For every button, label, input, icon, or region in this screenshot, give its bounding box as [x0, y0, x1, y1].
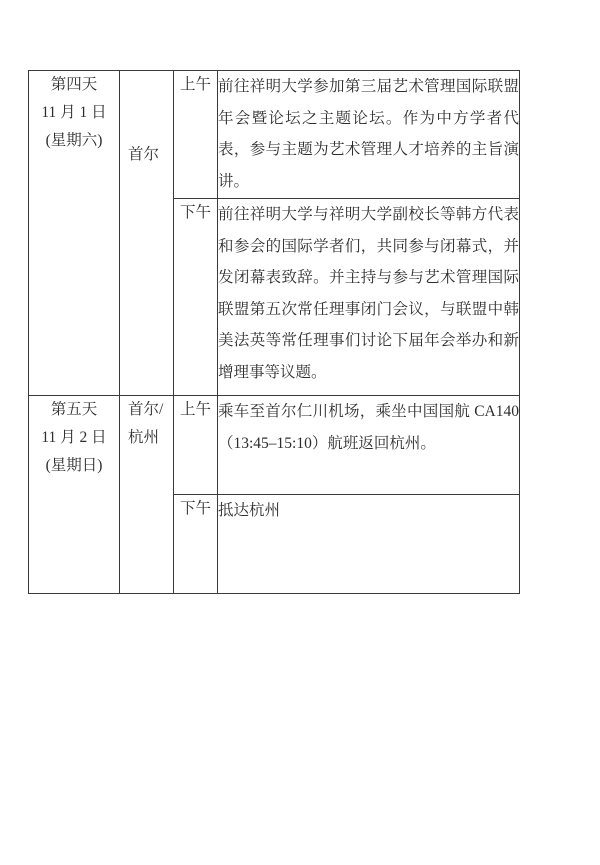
- time-cell: 下午: [174, 199, 218, 396]
- document-page: 第四天 11 月 1 日 (星期六) 首尔 上午 前往祥明大学参加第三届艺术管理…: [0, 0, 600, 865]
- day-cell: 第四天 11 月 1 日 (星期六): [29, 71, 120, 396]
- activity-text: 前往祥明大学参加第三届艺术管理国际联盟年会暨论坛之主题论坛。作为中方学者代表，参…: [218, 71, 519, 197]
- date-label: 11 月 1 日: [29, 99, 119, 127]
- day-number-label: 第四天: [29, 71, 119, 99]
- location-label: 首尔/: [120, 396, 173, 424]
- location-cell: 首尔: [120, 71, 174, 396]
- activity-cell: 乘车至首尔仁川机场，乘坐中国国航 CA140（13:45–15:10）航班返回杭…: [218, 396, 520, 495]
- activity-text: 抵达杭州: [218, 495, 519, 527]
- itinerary-table: 第四天 11 月 1 日 (星期六) 首尔 上午 前往祥明大学参加第三届艺术管理…: [28, 70, 520, 594]
- date-label: 11 月 2 日: [29, 424, 119, 452]
- activity-text: 乘车至首尔仁川机场，乘坐中国国航 CA140（13:45–15:10）航班返回杭…: [218, 396, 519, 459]
- location-cell: 首尔/ 杭州: [120, 396, 174, 594]
- table-row: 第五天 11 月 2 日 (星期日) 首尔/ 杭州 上午 乘车至首尔仁川机场，乘…: [29, 396, 520, 495]
- time-cell: 上午: [174, 71, 218, 199]
- time-label: 上午: [174, 396, 217, 424]
- time-label: 上午: [174, 71, 217, 99]
- activity-cell: 前往祥明大学参加第三届艺术管理国际联盟年会暨论坛之主题论坛。作为中方学者代表，参…: [218, 71, 520, 199]
- time-cell: 下午: [174, 495, 218, 594]
- activity-text: 前往祥明大学与祥明大学副校长等韩方代表和参会的国际学者们，共同参与闭幕式，并发闭…: [218, 199, 519, 389]
- activity-cell: 抵达杭州: [218, 495, 520, 594]
- day-number-label: 第五天: [29, 396, 119, 424]
- weekday-label: (星期日): [29, 452, 119, 480]
- activity-cell: 前往祥明大学与祥明大学副校长等韩方代表和参会的国际学者们，共同参与闭幕式，并发闭…: [218, 199, 520, 396]
- location-label: 杭州: [120, 424, 173, 452]
- day-cell: 第五天 11 月 2 日 (星期日): [29, 396, 120, 594]
- weekday-label: (星期六): [29, 127, 119, 155]
- table-row: 第四天 11 月 1 日 (星期六) 首尔 上午 前往祥明大学参加第三届艺术管理…: [29, 71, 520, 199]
- location-label: 首尔: [120, 141, 173, 169]
- time-label: 下午: [174, 199, 217, 227]
- time-cell: 上午: [174, 396, 218, 495]
- time-label: 下午: [174, 495, 217, 523]
